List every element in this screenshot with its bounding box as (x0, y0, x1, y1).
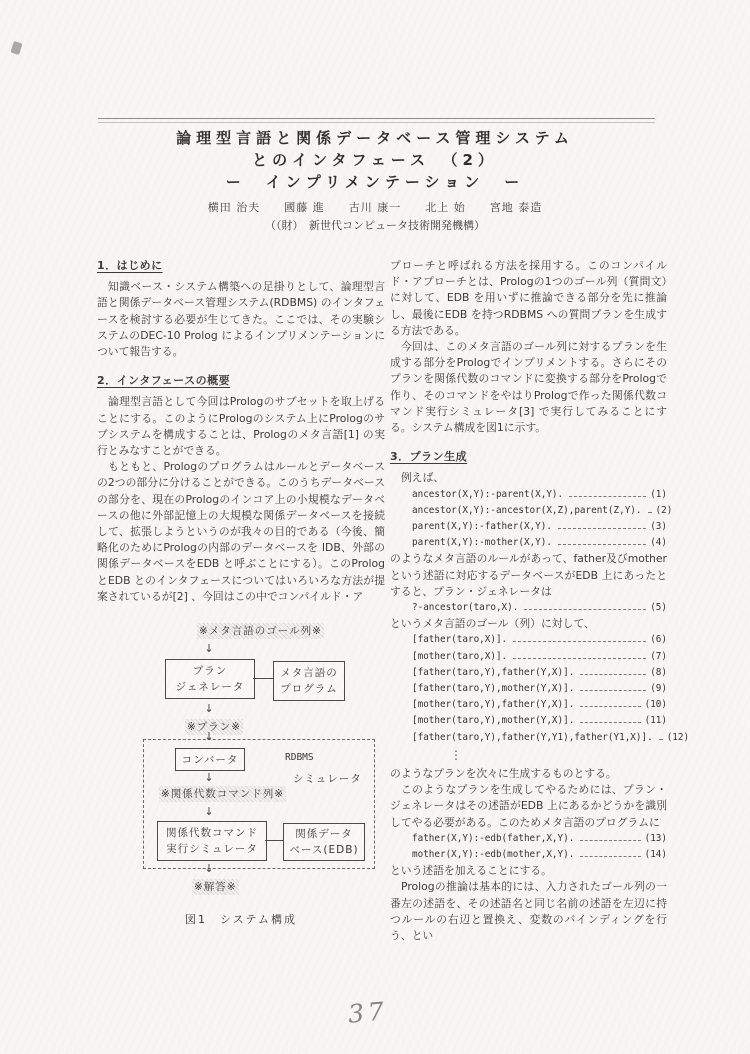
formula-code: ?-ancestor(taro,X). (412, 600, 518, 616)
figure-box-command-executor-line2: 実行シミュレータ (166, 841, 258, 857)
formula-code: parent(X,Y):-father(X,Y). (412, 519, 552, 535)
section-3-text-1: のようなメタ言語のルールがあって、father及びmotherという述語に対応す… (390, 551, 667, 600)
leader-line (513, 641, 646, 642)
formula-number: (10) (645, 697, 667, 713)
leader-line (580, 856, 640, 857)
section-3-intro: 例えば、 (390, 470, 667, 486)
title-line-2: とのインタフェース （2） (0, 149, 750, 171)
leader-line (580, 690, 646, 691)
leader-line (659, 739, 663, 740)
title-line-1: 論理型言語と関係データベース管理システム (0, 127, 750, 149)
paper-title: 論理型言語と関係データベース管理システム とのインタフェース （2） ー インプ… (0, 127, 750, 193)
formula-number: (2) (656, 503, 673, 519)
formula-row-8: [father(taro,Y),father(Y,X)]. (8) (390, 665, 667, 681)
formula-code: ancestor(X,Y):-ancestor(X,Z),parent(Z,Y)… (412, 503, 642, 519)
section-3-text-3: のようなプランを次々に生成するものとする。 (390, 766, 667, 782)
formula-number: (8) (650, 665, 667, 681)
figure-label-goal-list: ※メタ言語のゴール列※ (197, 623, 324, 639)
paragraph: 今回は、このメタ言語のゴール列に対するプランを生成する部分をPrologでインプ… (390, 339, 667, 436)
figure-box-meta-program: メタ言語の プログラム (273, 661, 345, 701)
leader-line (580, 674, 646, 675)
formula-code: father(X,Y):-edb(father,X,Y). (412, 831, 574, 847)
figure-box-command-executor: 関係代数コマンド 実行シミュレータ (157, 821, 267, 861)
continuation-paragraph: プローチと呼ばれる方法を採用する。このコンパイルド・アプローチとは、Prolog… (390, 258, 667, 339)
formula-row-14: mother(X,Y):-edb(mother,X,Y). (14) (390, 847, 667, 863)
formula-number: (1) (650, 487, 667, 503)
leader-line (648, 512, 652, 513)
figure-system-architecture: ※メタ言語のゴール列※ ↓ プラン ジェネレータ メタ言語の プログラム ↓ ※… (97, 621, 385, 929)
formula-code: mother(X,Y):-edb(mother,X,Y). (412, 847, 574, 863)
leader-line (580, 840, 640, 841)
formula-row-9: [father(taro,Y),mother(Y,X)]. (9) (390, 681, 667, 697)
formula-code: [father(taro,Y),father(Y,X)]. (412, 665, 574, 681)
formula-row-12: [father(taro,Y),father(Y,Y1),father(Y1,X… (390, 730, 667, 746)
formula-code: [mother(taro,Y),father(Y,X)]. (412, 697, 574, 713)
formula-number: (13) (645, 831, 667, 847)
formula-row-5: ?-ancestor(taro,X). (5) (390, 600, 667, 616)
formula-row-4: parent(X,Y):-mother(X,Y). (4) (390, 535, 667, 551)
formula-row-6: [father(taro,X)]. (6) (390, 632, 667, 648)
formula-code: ancestor(X,Y):-parent(X,Y). (412, 487, 563, 503)
section-2-paragraph-2: もともと、Prologのプログラムはルールとデータベースの2つの部分に分けること… (97, 459, 385, 605)
arrow-down-icon: ↓ (202, 861, 216, 877)
formula-number: (6) (650, 632, 667, 648)
section-3-paragraph-5: Prologの推論は基本的には、入力されたゴール列の一番左の述語を、その述語名と… (390, 879, 667, 944)
figure-box-command-executor-line1: 関係代数コマンド (166, 825, 258, 841)
section-3-heading: 3．プラン生成 (390, 449, 667, 465)
arrow-down-icon: ↓ (202, 804, 216, 820)
header-rule (98, 118, 655, 123)
formula-code: parent(X,Y):-mother(X,Y). (412, 535, 552, 551)
formula-row-3: parent(X,Y):-father(X,Y). (3) (390, 519, 667, 535)
figure-connector-line (265, 840, 283, 841)
vertical-ellipsis: ⋮ (450, 748, 667, 762)
leader-line (580, 706, 640, 707)
formula-code: [father(taro,Y),father(Y,Y1),father(Y1,X… (412, 730, 653, 746)
arrow-down-icon: ↓ (202, 770, 216, 786)
formula-code: [father(taro,X)]. (412, 632, 507, 648)
figure-box-plan-generator: プラン ジェネレータ (165, 659, 255, 699)
section-3-paragraph-4: このようなプランを生成してやるためには、プラン・ジェネレータはその述語がEDB … (390, 782, 667, 831)
formula-row-1: ancestor(X,Y):-parent(X,Y). (1) (390, 487, 667, 503)
arrow-down-icon: ↓ (202, 701, 216, 717)
section-1-heading: 1．はじめに (97, 258, 385, 274)
figure-caption: 図1 システム構成 (97, 912, 385, 928)
formula-row-10: [mother(taro,Y),father(Y,X)]. (10) (390, 697, 667, 713)
formula-number: (4) (650, 535, 667, 551)
leader-line (558, 544, 646, 545)
formula-code: [mother(taro,Y),mother(Y,X)]. (412, 713, 574, 729)
formula-code: [father(taro,Y),mother(Y,X)]. (412, 681, 574, 697)
figure-box-meta-program-line1: メタ言語の (280, 665, 338, 681)
arrow-down-icon: ↓ (202, 641, 216, 657)
leader-line (580, 722, 640, 723)
section-1-paragraph: 知識ベース・システム構築への足掛りとして、論理型言語と関係データベース管理システ… (97, 279, 385, 360)
figure-label-simulator: シミュレータ (293, 771, 362, 787)
figure-label-rdbms: RDBMS (285, 750, 314, 766)
formula-number: (5) (650, 600, 667, 616)
scan-artifact-mark (10, 41, 22, 55)
formula-number: (9) (650, 681, 667, 697)
figure-box-edb: 関係データ ベース(EDB) (283, 823, 365, 861)
figure-box-edb-line2: ベース(EDB) (289, 842, 358, 858)
formula-number: (11) (645, 713, 667, 729)
formula-row-2: ancestor(X,Y):-ancestor(X,Z),parent(Z,Y)… (390, 503, 667, 519)
figure-label-answer: ※解答※ (192, 879, 239, 895)
figure-box-plan-generator-line2: ジェネレータ (176, 679, 245, 695)
formula-number: (7) (650, 649, 667, 665)
figure-box-converter-label: コンバータ (182, 752, 239, 768)
formula-number: (3) (650, 519, 667, 535)
formula-row-13: father(X,Y):-edb(father,X,Y). (13) (390, 831, 667, 847)
formula-number: (12) (667, 730, 689, 746)
arrow-down-icon: ↓ (202, 729, 216, 745)
figure-box-edb-line1: 関係データ (295, 826, 353, 842)
leader-line (558, 528, 646, 529)
section-3-text-4: という述語を加えることにする。 (390, 863, 667, 879)
section-3-text-2: というメタ言語のゴール（列）に対して、 (390, 616, 667, 632)
formula-code: [mother(taro,X)]. (412, 649, 507, 665)
figure-label-command-list: ※関係代数コマンド列※ (159, 786, 286, 802)
leader-line (524, 609, 646, 610)
title-line-3: ー インプリメンテーション ー (0, 171, 750, 193)
figure-box-converter: コンバータ (175, 748, 245, 771)
figure-box-plan-generator-line1: プラン (193, 663, 228, 679)
formula-row-7: [mother(taro,X)]. (7) (390, 649, 667, 665)
scanned-paper-page: 論理型言語と関係データベース管理システム とのインタフェース （2） ー インプ… (0, 0, 750, 1054)
figure-box-meta-program-line2: プログラム (280, 681, 337, 697)
leader-line (569, 496, 646, 497)
formula-number: (14) (645, 847, 667, 863)
section-2-paragraph-1: 論理型言語として今回はPrologのサブセットを取上げることにする。このようにP… (97, 394, 385, 459)
affiliation: （（財） 新世代コンピュータ技術開発機構） (0, 217, 750, 233)
authors: 横田 治夫 國藤 進 古川 康一 北上 始 宮地 泰造 (0, 199, 750, 215)
leader-line (513, 658, 646, 659)
right-column: プローチと呼ばれる方法を採用する。このコンパイルド・アプローチとは、Prolog… (390, 258, 667, 944)
formula-row-11: [mother(taro,Y),mother(Y,X)]. (11) (390, 713, 667, 729)
handwritten-page-number: 37 (347, 996, 389, 1028)
left-column: 1．はじめに 知識ベース・システム構築への足掛りとして、論理型言語と関係データベ… (97, 258, 385, 929)
figure-connector-line (253, 678, 273, 679)
section-2-heading: 2．インタフェースの概要 (97, 373, 385, 389)
